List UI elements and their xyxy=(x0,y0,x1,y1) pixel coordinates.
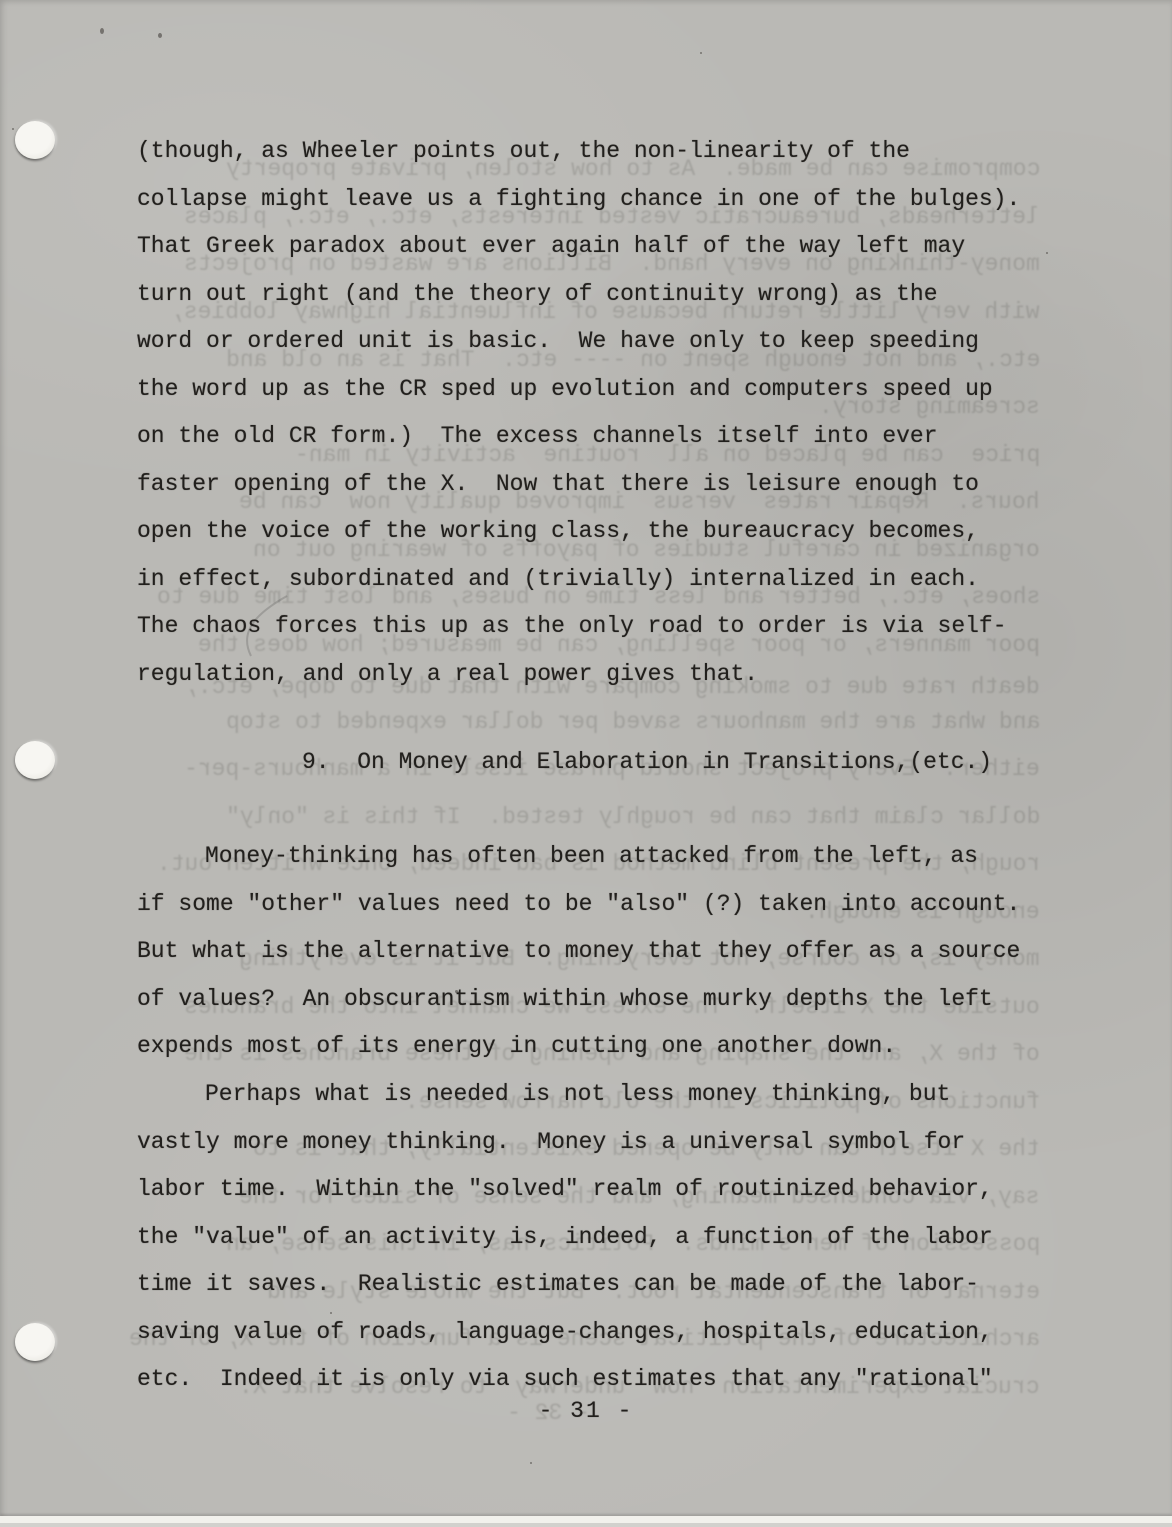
text-line: saving value of roads, language-changes,… xyxy=(0,1321,993,1344)
stray-pencil-mark xyxy=(225,592,305,662)
ink-speck xyxy=(1046,252,1048,254)
scan-background-strip xyxy=(0,1523,1172,1527)
section-heading: 9. On Money and Elaboration in Transitio… xyxy=(0,751,992,774)
text-line: expends most of its energy in cutting on… xyxy=(0,1035,896,1058)
ink-speck xyxy=(158,33,162,38)
hole-punch-middle xyxy=(15,741,55,779)
text-line: the "value" of an activity is, indeed, a… xyxy=(0,1226,993,1249)
text-line: labor time. Within the "solved" realm of… xyxy=(0,1178,993,1201)
text-line: collapse might leave us a fighting chanc… xyxy=(0,188,1020,211)
text-line: time it saves. Realistic estimates can b… xyxy=(0,1273,979,1296)
ink-speck xyxy=(530,1462,532,1464)
hole-punch-top xyxy=(15,121,55,159)
text-line: turn out right (and the theory of contin… xyxy=(0,283,938,306)
ink-speck xyxy=(12,128,14,130)
text-line: etc. Indeed it is only via such estimate… xyxy=(0,1368,993,1391)
text-line: word or ordered unit is basic. We have o… xyxy=(0,330,979,353)
text-line: if some "other" values need to be "also"… xyxy=(0,893,1020,916)
ink-speck xyxy=(330,1312,332,1314)
text-line: of values? An obscurantism within whose … xyxy=(0,988,993,1011)
text-line: The chaos forces this up as the only roa… xyxy=(0,615,1007,638)
bleedthrough-line: dollar claim that can be roughly tested.… xyxy=(226,806,1040,829)
document-page: compromise can be made. As to how stolen… xyxy=(0,0,1172,1527)
bleedthrough-line: and what are the manhours saved per doll… xyxy=(226,711,1040,734)
text-line: (though, as Wheeler points out, the non-… xyxy=(0,140,910,163)
page-bottom-edge xyxy=(0,1516,1172,1523)
text-line: faster opening of the X. Now that there … xyxy=(0,473,979,496)
page-number: - 31 - xyxy=(0,1398,1172,1424)
text-line: the word up as the CR sped up evolution … xyxy=(0,378,993,401)
text-line: vastly more money thinking. Money is a u… xyxy=(0,1131,965,1154)
ink-speck xyxy=(455,990,458,993)
ink-speck xyxy=(100,28,104,34)
text-line: open the voice of the working class, the… xyxy=(0,520,979,543)
text-line: Money-thinking has often been attacked f… xyxy=(0,845,978,868)
text-line: That Greek paradox about ever again half… xyxy=(0,235,965,258)
hole-punch-bottom xyxy=(15,1323,55,1361)
scanned-page-stage: compromise can be made. As to how stolen… xyxy=(0,0,1172,1527)
text-line: in effect, subordinated and (trivially) … xyxy=(0,568,979,591)
ink-speck xyxy=(700,52,702,54)
text-line: But what is the alternative to money tha… xyxy=(0,940,1020,963)
text-line: regulation, and only a real power gives … xyxy=(0,663,758,686)
text-line: Perhaps what is needed is not less money… xyxy=(0,1083,950,1106)
text-line: on the old CR form.) The excess channels… xyxy=(0,425,938,448)
